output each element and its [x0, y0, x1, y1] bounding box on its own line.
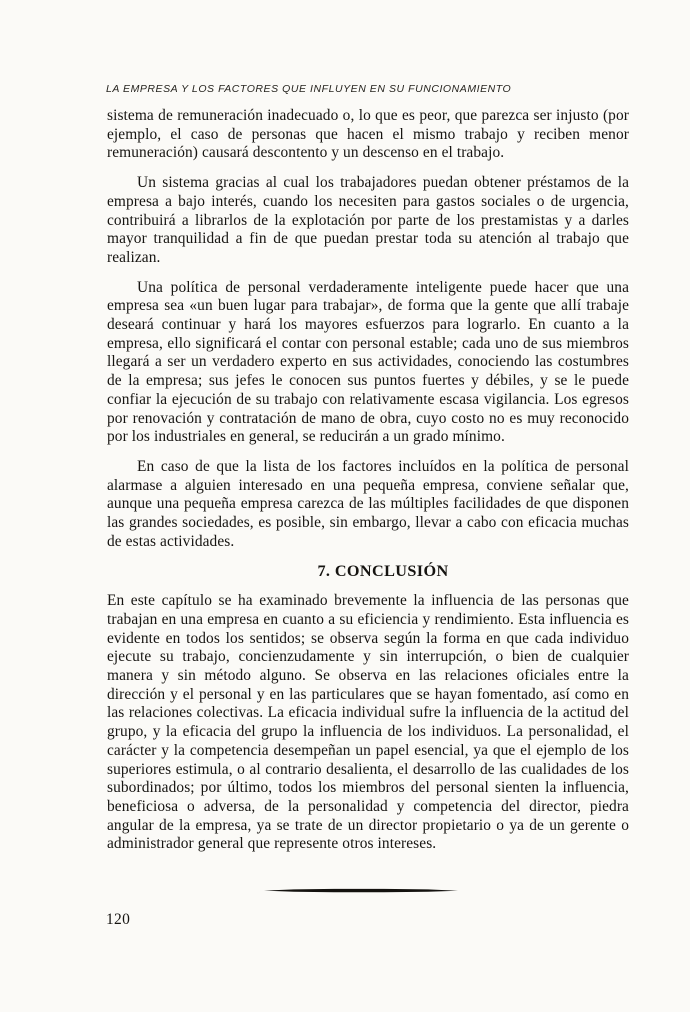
- conclusion-paragraph: En este capítulo se ha examinado breveme…: [107, 592, 629, 854]
- section-divider-rule: [264, 888, 458, 894]
- paragraph: Un sistema gracias al cual los trabajado…: [107, 174, 629, 268]
- paragraph: sistema de remuneración inadecuado o, lo…: [107, 107, 629, 163]
- page-number: 120: [106, 911, 130, 929]
- section-heading: 7. CONCLUSIÓN: [107, 562, 629, 581]
- book-page: LA EMPRESA Y LOS FACTORES QUE INFLUYEN E…: [0, 0, 690, 1012]
- body-text-block: sistema de remuneración inadecuado o, lo…: [107, 107, 629, 865]
- running-header: LA EMPRESA Y LOS FACTORES QUE INFLUYEN E…: [106, 83, 511, 95]
- paragraph: Una política de personal verdaderamente …: [107, 279, 629, 447]
- paragraph: En caso de que la lista de los factores …: [107, 458, 629, 552]
